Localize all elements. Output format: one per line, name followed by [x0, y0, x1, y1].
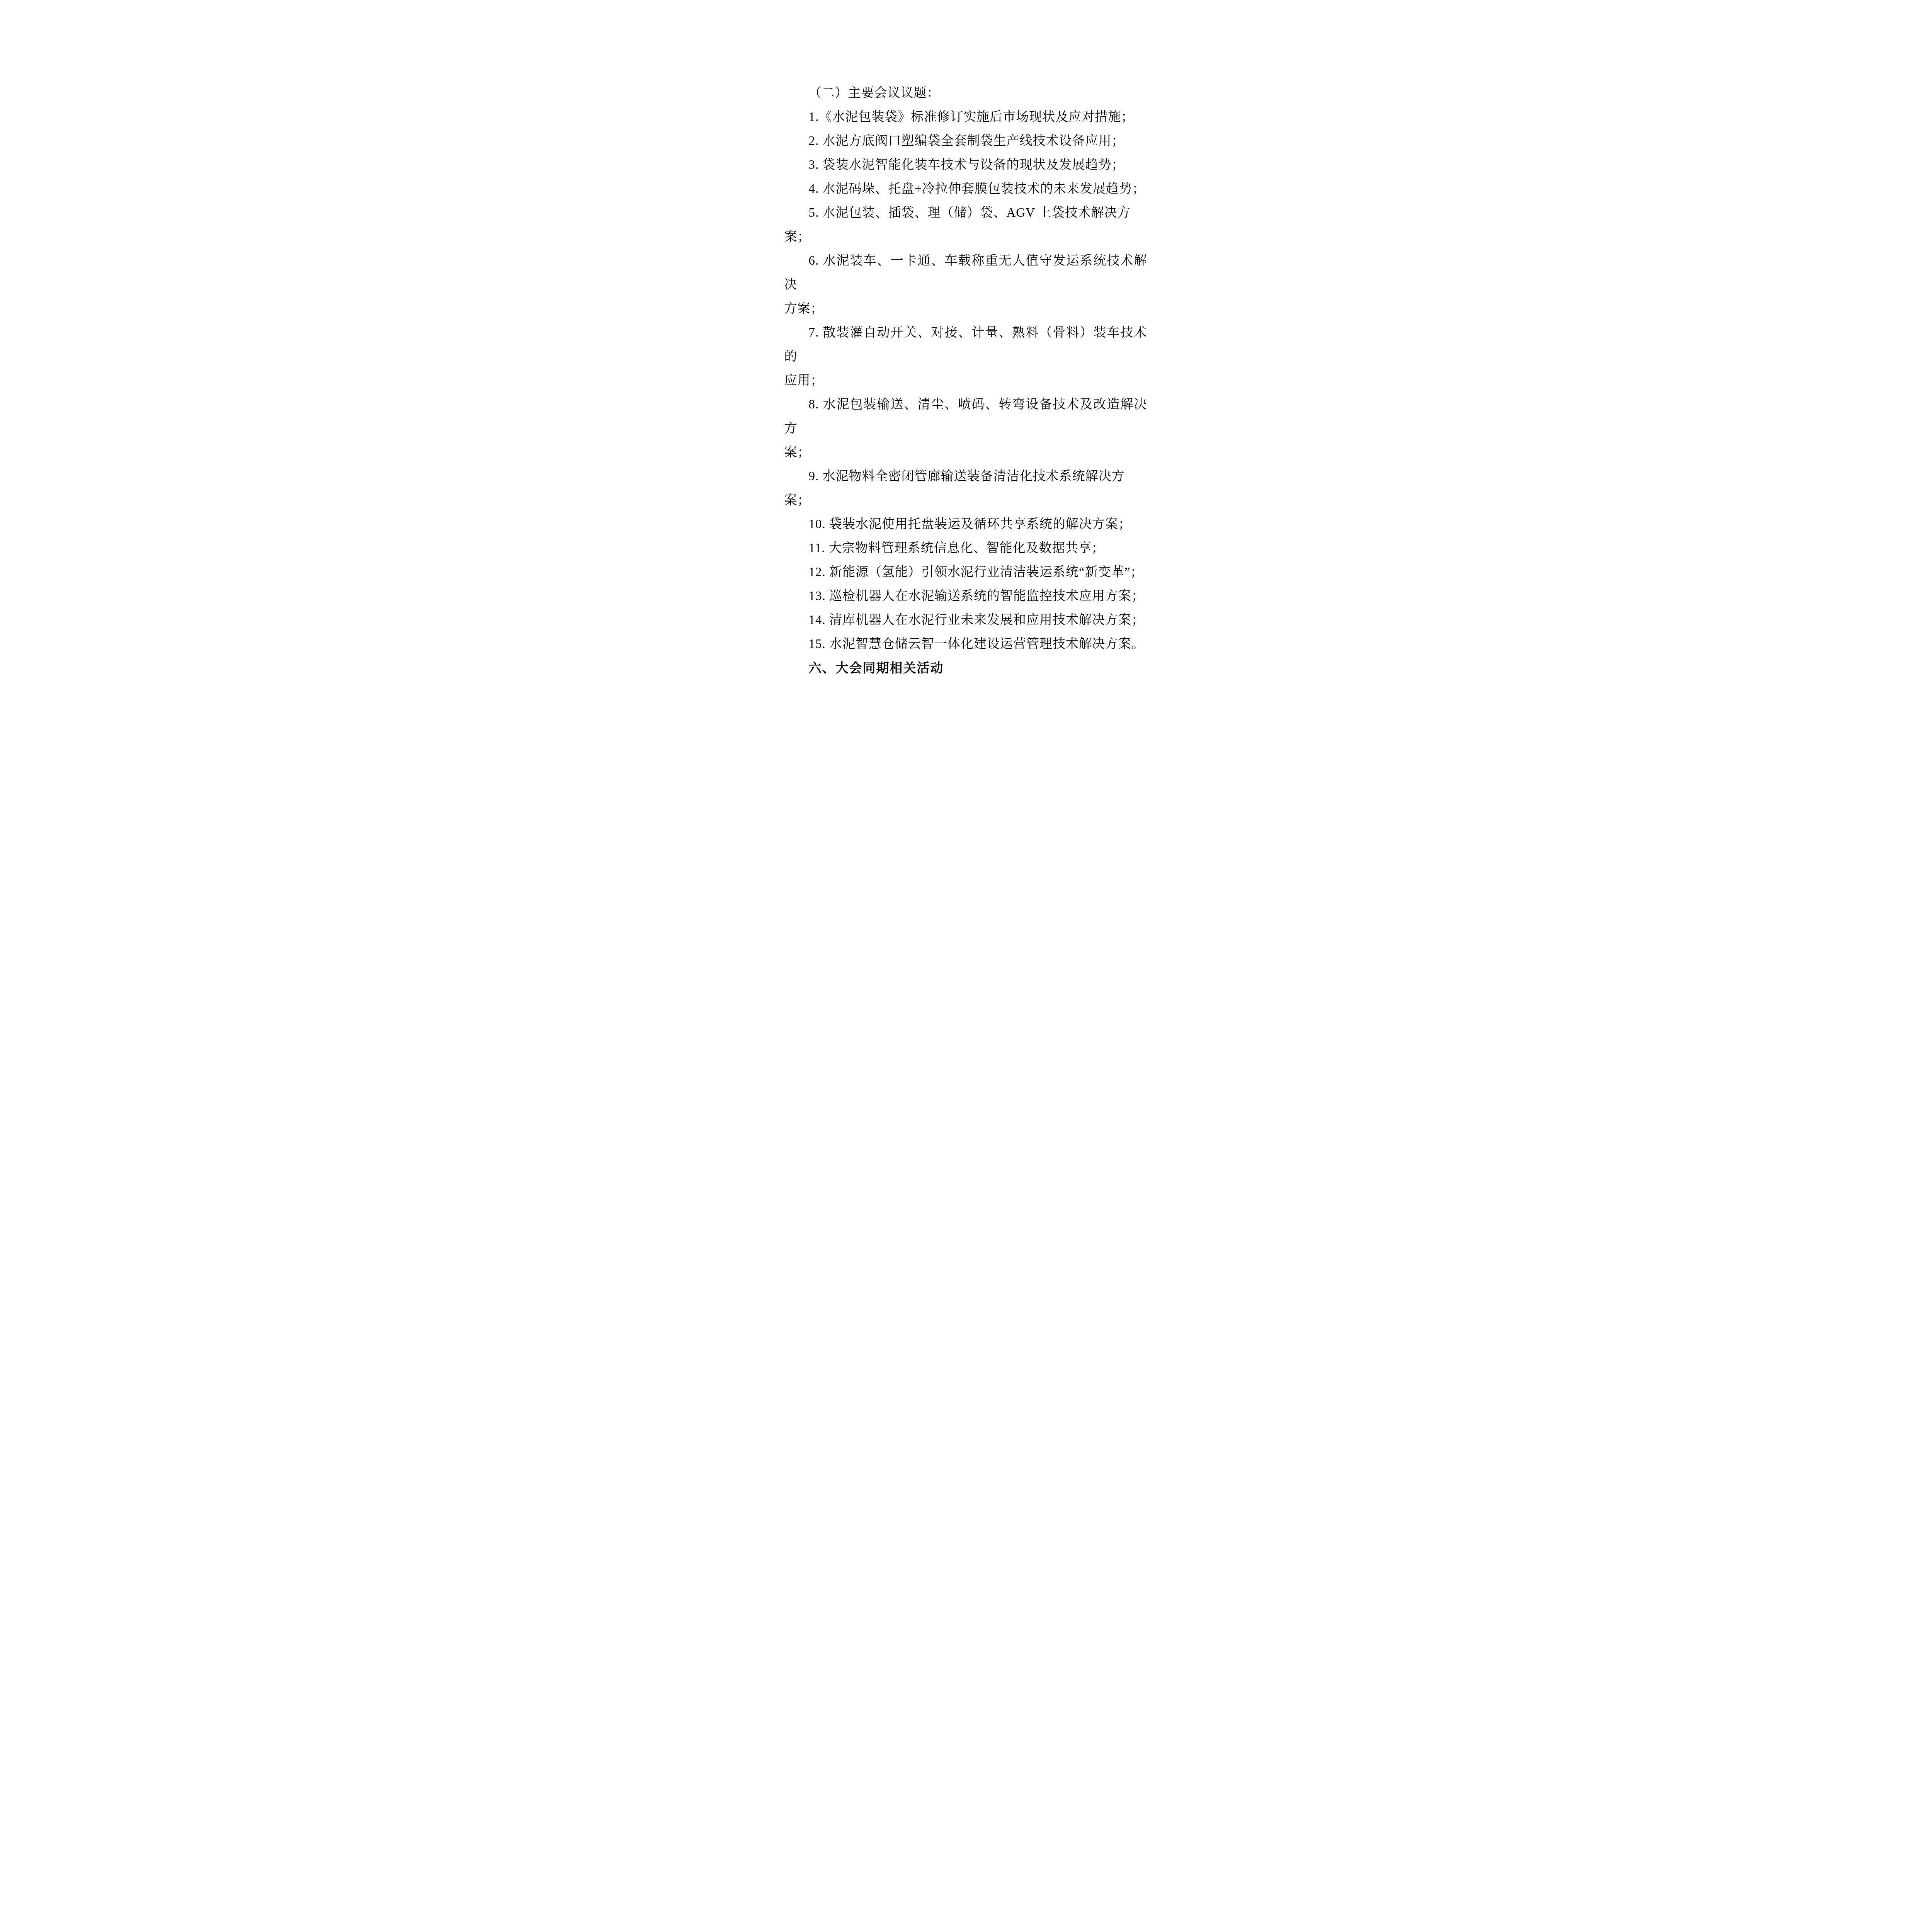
agenda-item-14: 14. 清库机器人在水泥行业未来发展和应用技术解决方案；: [784, 608, 1147, 632]
subsection-heading: （二）主要会议议题：: [784, 81, 1147, 105]
agenda-item-8-line-2: 案；: [784, 440, 1147, 464]
agenda-item-9: 9. 水泥物料全密闭管廊输送装备清洁化技术系统解决方案；: [784, 464, 1147, 512]
agenda-item-13: 13. 巡检机器人在水泥输送系统的智能监控技术应用方案；: [784, 584, 1147, 608]
document-page: （二）主要会议议题： 1.《水泥包装袋》标准修订实施后市场现状及应对措施； 2.…: [719, 0, 1198, 678]
agenda-item-4: 4. 水泥码垛、托盘+冷拉伸套膜包装技术的未来发展趋势；: [784, 177, 1147, 201]
agenda-item-8-line-1: 8. 水泥包装输送、清尘、喷码、转弯设备技术及改造解决方: [784, 393, 1147, 440]
agenda-item-6-line-1: 6. 水泥装车、一卡通、车载称重无人值守发运系统技术解决: [784, 249, 1147, 297]
agenda-item-11: 11. 大宗物料管理系统信息化、智能化及数据共享；: [784, 536, 1147, 560]
section-heading: 六、大会同期相关活动: [784, 656, 1147, 678]
agenda-item-5: 5. 水泥包装、插袋、理（储）袋、AGV 上袋技术解决方案；: [784, 201, 1147, 249]
agenda-item-7-line-1: 7. 散装灌自动开关、对接、计量、熟料（骨料）装车技术的: [784, 321, 1147, 369]
agenda-item-7-line-2: 应用；: [784, 369, 1147, 393]
agenda-item-1: 1.《水泥包装袋》标准修订实施后市场现状及应对措施；: [784, 105, 1147, 129]
agenda-item-12: 12. 新能源（氢能）引领水泥行业清洁装运系统“新变革”；: [784, 560, 1147, 584]
agenda-item-6-line-2: 方案；: [784, 297, 1147, 321]
agenda-item-15: 15. 水泥智慧仓储云智一体化建设运营管理技术解决方案。: [784, 632, 1147, 656]
agenda-item-3: 3. 袋装水泥智能化装车技术与设备的现状及发展趋势；: [784, 153, 1147, 177]
agenda-item-10: 10. 袋装水泥使用托盘装运及循环共享系统的解决方案；: [784, 512, 1147, 536]
document-body: （二）主要会议议题： 1.《水泥包装袋》标准修订实施后市场现状及应对措施； 2.…: [784, 0, 1147, 678]
agenda-item-2: 2. 水泥方底阀口塑编袋全套制袋生产线技术设备应用；: [784, 129, 1147, 153]
